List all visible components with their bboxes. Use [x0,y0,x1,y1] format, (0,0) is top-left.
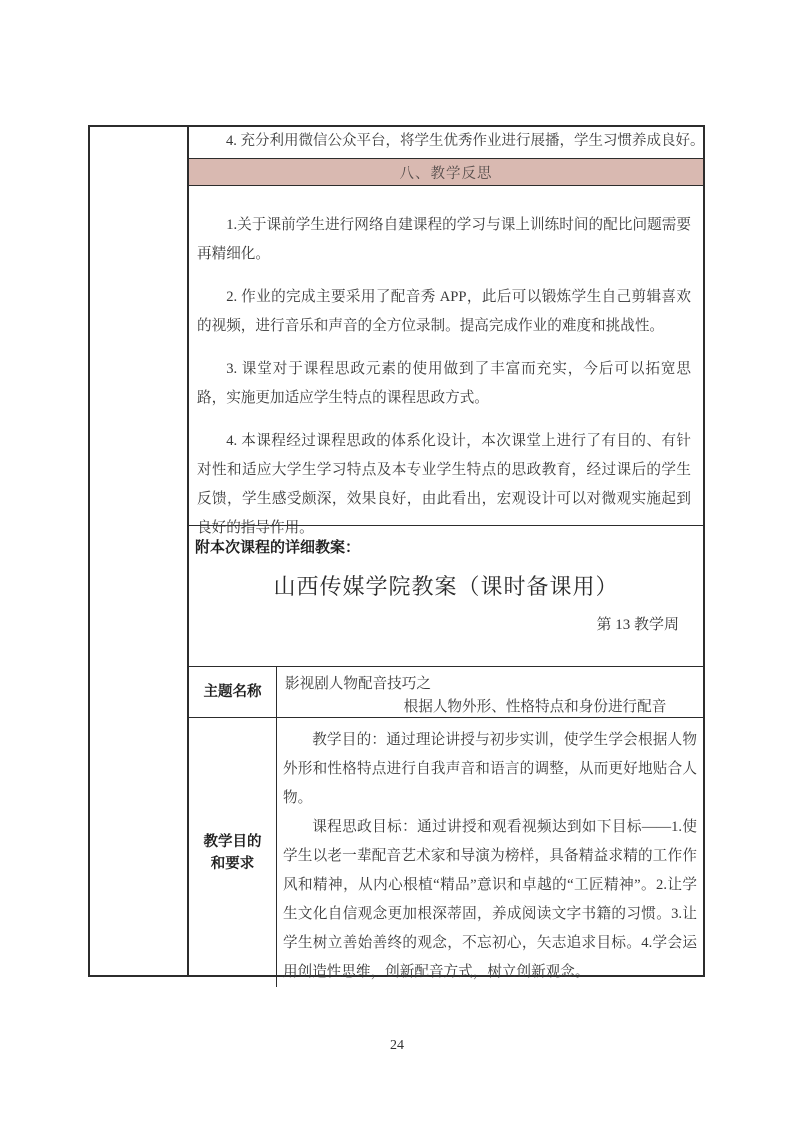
topic-content-cell: 影视剧人物配音技巧之 根据人物外形、性格特点和身份进行配音 [277,667,703,717]
objectives-row: 教学目的 和要求 教学目的：通过理论讲授与初步实训，使学生学会根据人物外形和性格… [189,717,703,987]
topic-line2: 根据人物外形、性格特点和身份进行配音 [285,696,695,719]
lesson-plan-table: 4. 充分利用微信公众平台，将学生优秀作业进行展播，学生习惯养成良好。 八、教学… [88,125,705,977]
lesson-plan-title: 山西传媒学院教案（课时备课用） [189,570,703,601]
reflection-paragraph: 2. 作业的完成主要采用了配音秀 APP，此后可以锻炼学生自己剪辑喜欢的视频，进… [197,283,691,341]
objectives-paragraph: 课程思政目标：通过讲授和观看视频达到如下目标——1.使学生以老一辈配音艺术家和导… [283,813,697,987]
objectives-paragraph: 教学目的：通过理论讲授与初步实训，使学生学会根据人物外形和性格特点进行自我声音和… [283,726,697,813]
objectives-label-line1: 教学目的 [204,831,262,853]
carryover-item-text: 4. 充分利用微信公众平台，将学生优秀作业进行展播，学生习惯养成良好。 [226,133,703,149]
table-left-empty-column [90,127,189,975]
topic-row: 主题名称 影视剧人物配音技巧之 根据人物外形、性格特点和身份进行配音 [189,666,703,717]
objectives-content-cell: 教学目的：通过理论讲授与初步实训，使学生学会根据人物外形和性格特点进行自我声音和… [277,718,703,987]
objectives-label-line2: 和要求 [211,853,255,875]
reflection-paragraph: 3. 课堂对于课程思政元素的使用做到了丰富而充实，今后可以拓宽思路，实施更加适应… [197,355,691,413]
topic-label: 主题名称 [204,681,262,703]
page-number: 24 [0,1038,794,1054]
reflection-cell: 1.关于课前学生进行网络自建课程的学习与课上训练时间的配比问题需要再精细化。 2… [189,185,703,525]
objectives-label-cell: 教学目的 和要求 [189,718,277,987]
section-header-band: 八、教学反思 [189,158,703,185]
carryover-item-row: 4. 充分利用微信公众平台，将学生优秀作业进行展播，学生习惯养成良好。 [189,127,703,158]
attachment-cell: 附本次课程的详细教案： 山西传媒学院教案（课时备课用） 第 13 教学周 [189,525,703,666]
topic-label-cell: 主题名称 [189,667,277,717]
reflection-paragraph: 1.关于课前学生进行网络自建课程的学习与课上训练时间的配比问题需要再精细化。 [197,211,691,269]
teaching-week: 第 13 教学周 [189,613,703,634]
table-main-column: 4. 充分利用微信公众平台，将学生优秀作业进行展播，学生习惯养成良好。 八、教学… [189,127,703,975]
attachment-label: 附本次课程的详细教案： [195,536,703,557]
section-header-text: 八、教学反思 [400,162,493,183]
topic-line1: 影视剧人物配音技巧之 [285,673,695,696]
